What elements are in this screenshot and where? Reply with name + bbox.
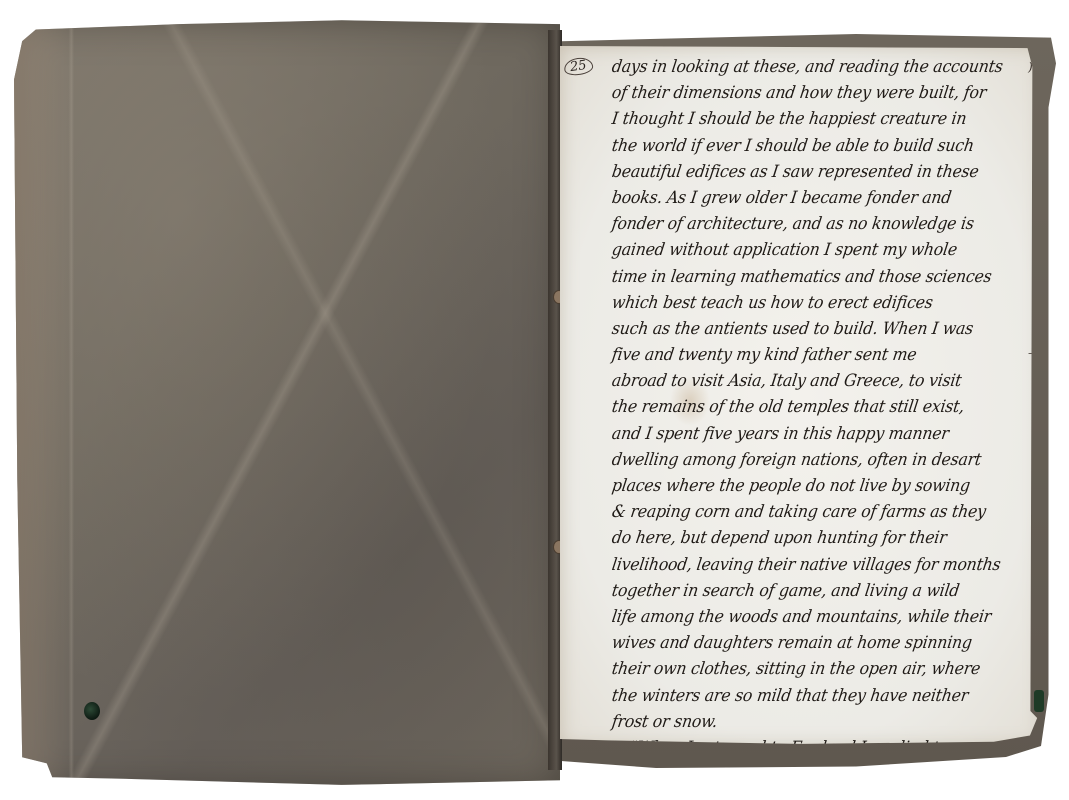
text-line: time in learning mathematics and those s… bbox=[610, 264, 1009, 290]
text-line: which best teach us how to erect edifice… bbox=[610, 290, 1009, 316]
text-line: their own clothes, sitting in the open a… bbox=[610, 656, 1009, 682]
text-line: and I spent five years in this happy man… bbox=[610, 421, 1009, 447]
text-line: together in search of game, and living a… bbox=[610, 578, 1009, 604]
text-line: frost or snow. bbox=[610, 709, 1009, 735]
left-cover-board bbox=[14, 18, 560, 788]
text-line: five and twenty my kind father sent me bbox=[610, 342, 1009, 368]
text-line: such as the antients used to build. When… bbox=[610, 316, 1009, 342]
page-number: 25 bbox=[563, 56, 594, 77]
text-line: the remains of the old temples that stil… bbox=[610, 394, 1009, 420]
text-line: days in looking at these, and reading th… bbox=[610, 54, 1009, 80]
text-line: the winters are so mild that they have n… bbox=[610, 683, 1009, 709]
green-wax-spot bbox=[84, 702, 100, 720]
handwritten-text: days in looking at these, and reading th… bbox=[612, 54, 1042, 761]
text-line: the world if ever I should be able to bu… bbox=[610, 133, 1009, 159]
text-line: wives and daughters remain at home spinn… bbox=[610, 630, 1009, 656]
text-line: gained without application I spent my wh… bbox=[610, 237, 1009, 263]
text-line: places where the people do not live by s… bbox=[610, 473, 1009, 499]
text-line: fonder of architecture, and as no knowle… bbox=[610, 211, 1009, 237]
text-line: do here, but depend upon hunting for the… bbox=[610, 525, 1009, 551]
text-line: of their dimensions and how they were bu… bbox=[610, 80, 1009, 106]
text-line: & reaping corn and taking care of farms … bbox=[610, 499, 1009, 525]
text-line: books. As I grew older I became fonder a… bbox=[610, 185, 1009, 211]
text-line: life among the woods and mountains, whil… bbox=[610, 604, 1009, 630]
text-line: I thought I should be the happiest creat… bbox=[610, 106, 1009, 132]
cover-worn-edge bbox=[14, 18, 74, 788]
open-notebook: 25 days in looking at these, and reading… bbox=[0, 0, 1069, 800]
text-line: abroad to visit Asia, Italy and Greece, … bbox=[610, 368, 1009, 394]
text-line: beautiful edifices as I saw represented … bbox=[610, 159, 1009, 185]
spine-gutter bbox=[548, 30, 562, 770]
manuscript-page: 25 days in looking at these, and reading… bbox=[560, 46, 1042, 746]
green-tab bbox=[1034, 690, 1044, 712]
text-line: dwelling among foreign nations, often in… bbox=[610, 447, 1009, 473]
text-line: livelihood, leaving their native village… bbox=[610, 552, 1009, 578]
